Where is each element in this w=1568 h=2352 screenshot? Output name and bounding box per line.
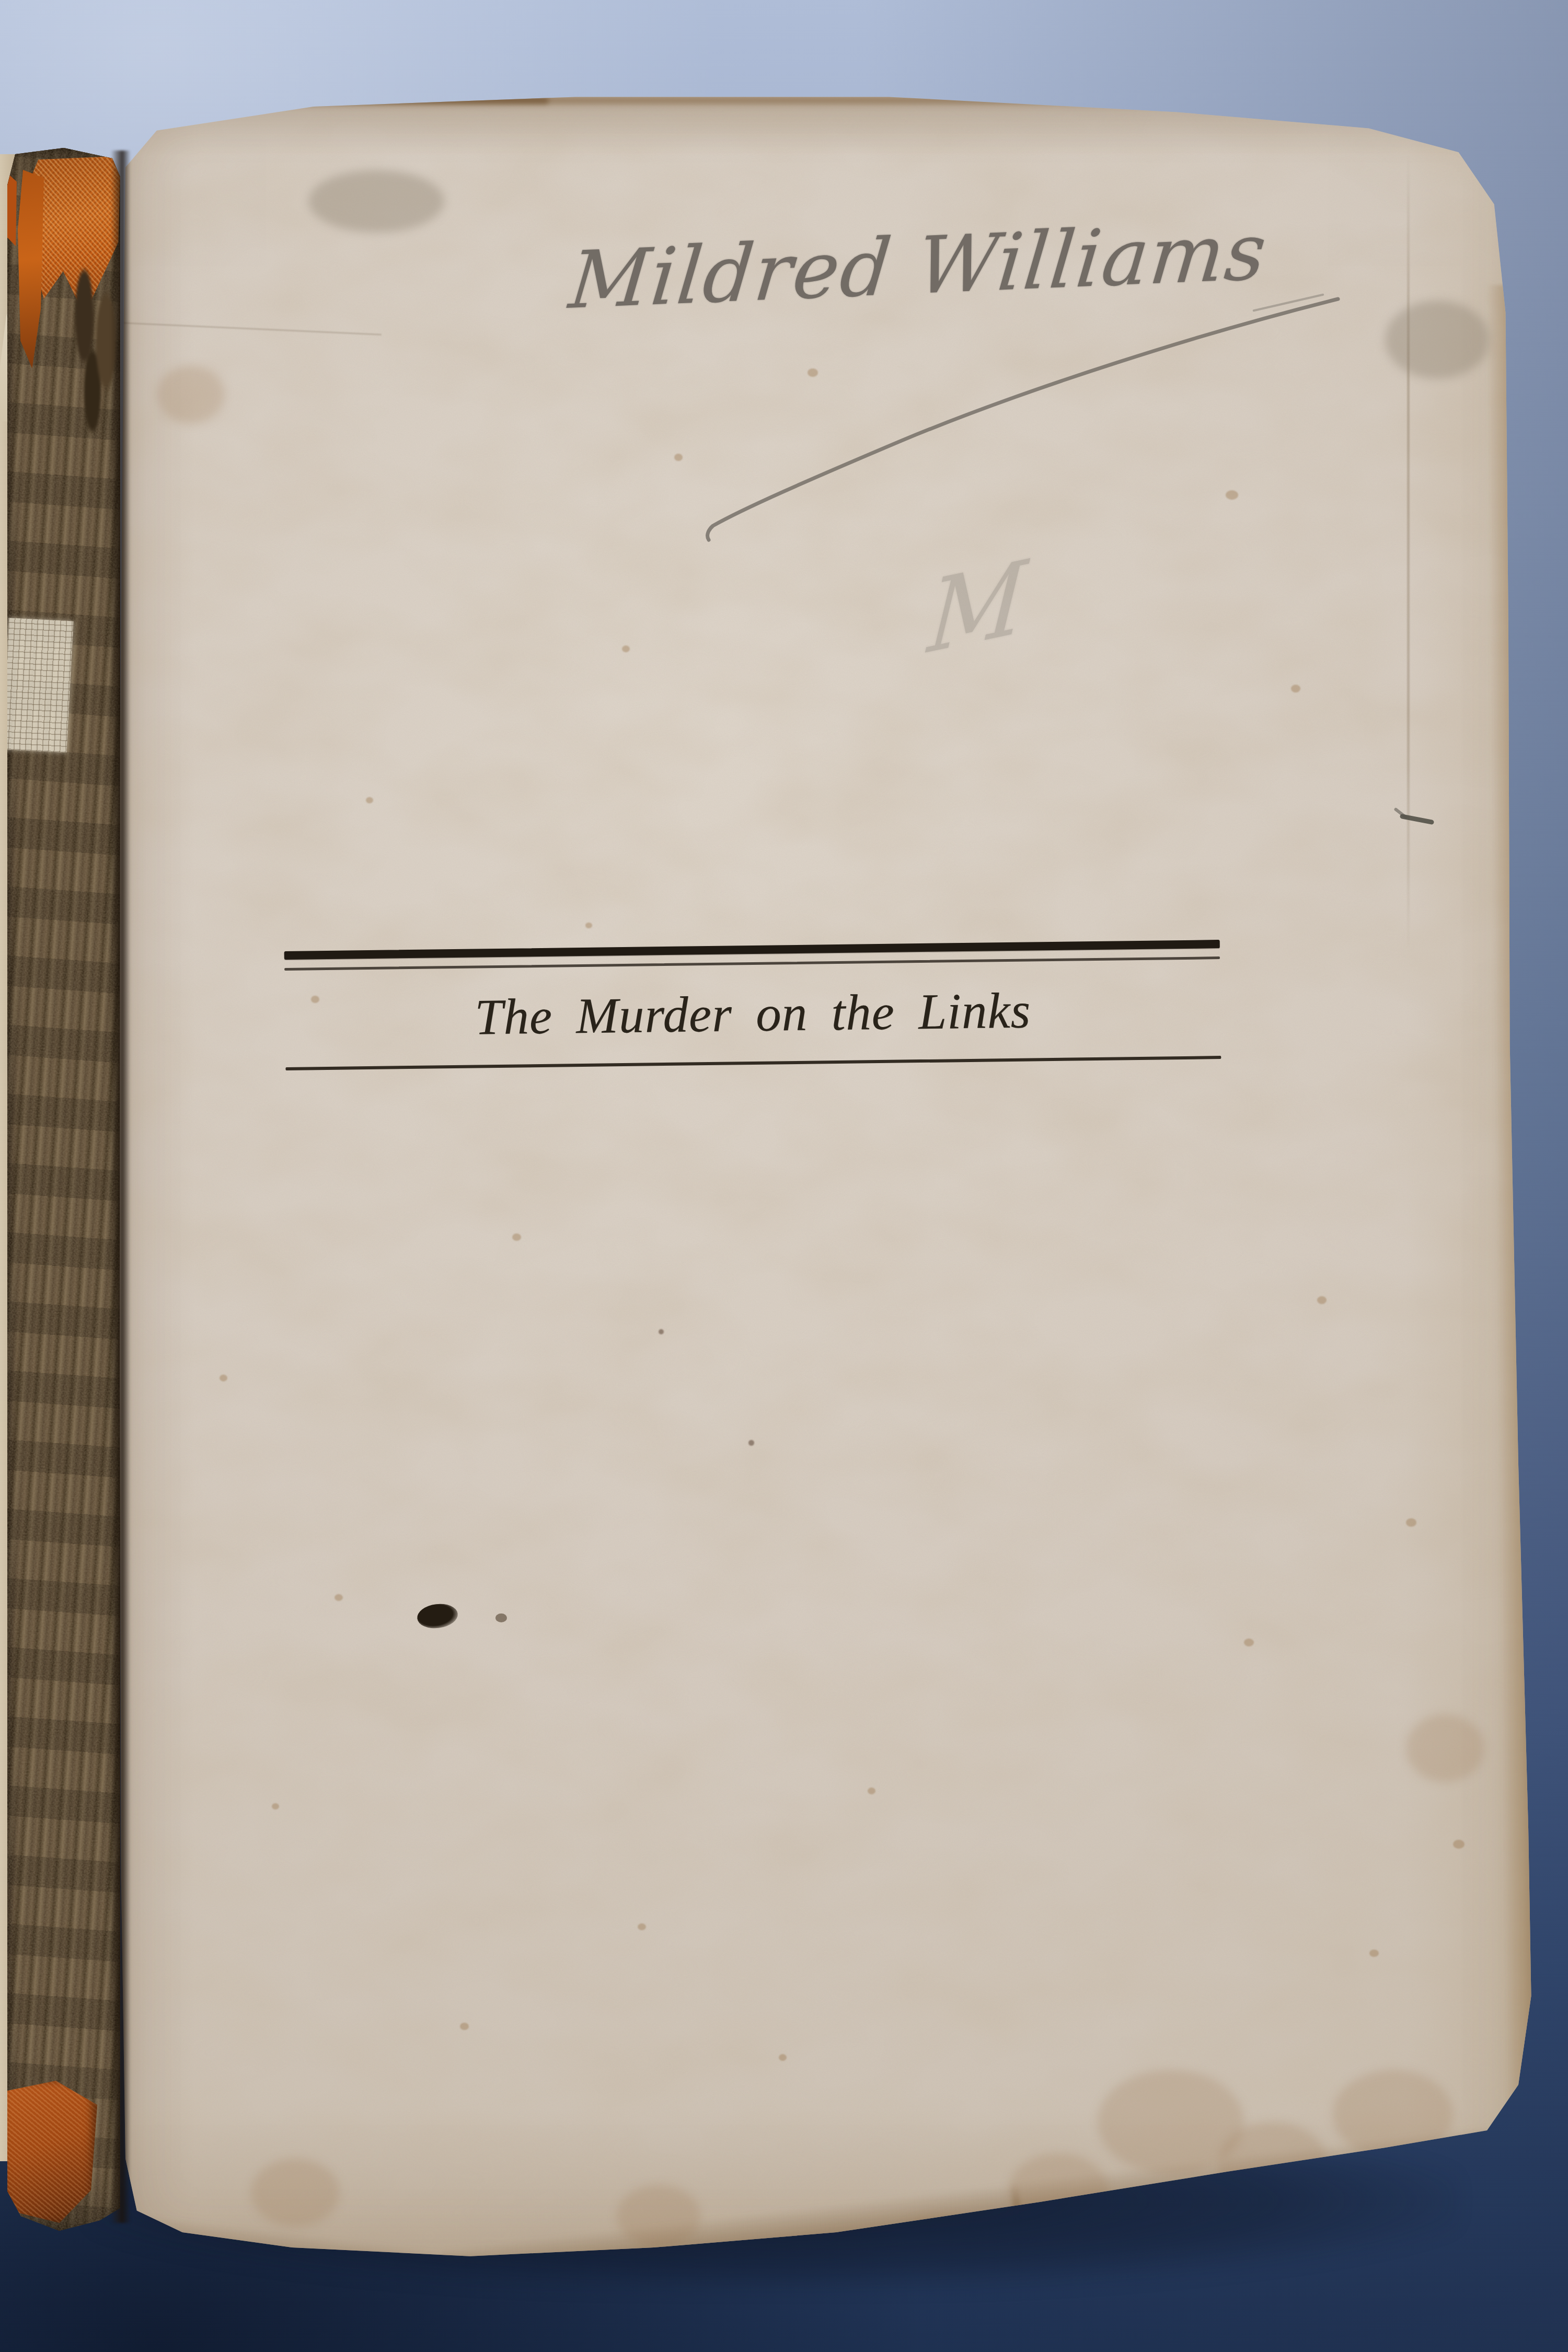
- ink-dot: [495, 1613, 507, 1622]
- rule-thin: [284, 956, 1220, 971]
- half-title-block: The Murder on the Links: [284, 932, 1221, 1075]
- stain: [251, 2159, 340, 2227]
- foxing-spot: [1244, 1639, 1254, 1646]
- book-spine: [7, 148, 120, 2231]
- pencil-monogram: M: [925, 547, 1029, 668]
- rule-thick: [284, 940, 1220, 960]
- corner-smudge: [1385, 301, 1490, 379]
- foxing-spot: [748, 1440, 754, 1446]
- spine-texture: [7, 148, 120, 2231]
- stain: [1333, 2070, 1453, 2159]
- foxing-spot: [638, 1923, 646, 1930]
- foxing-spot: [585, 923, 592, 928]
- page-vignette: [110, 91, 1534, 2261]
- half-title-text: The Murder on the Links: [285, 983, 1221, 1045]
- stain: [617, 2185, 700, 2247]
- foxing-spot: [622, 645, 630, 652]
- book-page: Mildred Williams M The Murder on the Lin…: [110, 91, 1534, 2261]
- page-crease: [1407, 154, 1410, 949]
- foxing-spot: [1291, 685, 1300, 693]
- spine-mull-patch: [2, 618, 73, 753]
- foxing-spot: [460, 2023, 469, 2030]
- stain: [157, 366, 225, 423]
- foxing-spot: [335, 1594, 343, 1601]
- page-top-edge: [125, 95, 1495, 108]
- stain: [1406, 1714, 1484, 1782]
- foxing-spot: [1369, 1950, 1379, 1957]
- foxing-spot: [1406, 1518, 1416, 1527]
- spine-cloth-edge-tab: [7, 173, 17, 246]
- foxing-spot: [512, 1233, 521, 1241]
- foxing-spot: [868, 1788, 875, 1794]
- foxing-spot: [1317, 1296, 1327, 1304]
- foxing-spot: [220, 1375, 227, 1381]
- foxing-spot: [1453, 1840, 1465, 1849]
- foxing-spot: [808, 368, 818, 377]
- gutter-shadow: [111, 151, 131, 2223]
- foxing-spot: [1226, 490, 1238, 500]
- foxing-spot: [674, 454, 683, 461]
- corner-smudge: [308, 170, 444, 233]
- foxing-spot: [272, 1803, 279, 1809]
- foxing-spot: [779, 2054, 787, 2061]
- foxing-spot: [366, 797, 373, 803]
- page-top-edge-dark-patch: [277, 97, 549, 104]
- foxing-spot: [659, 1329, 664, 1334]
